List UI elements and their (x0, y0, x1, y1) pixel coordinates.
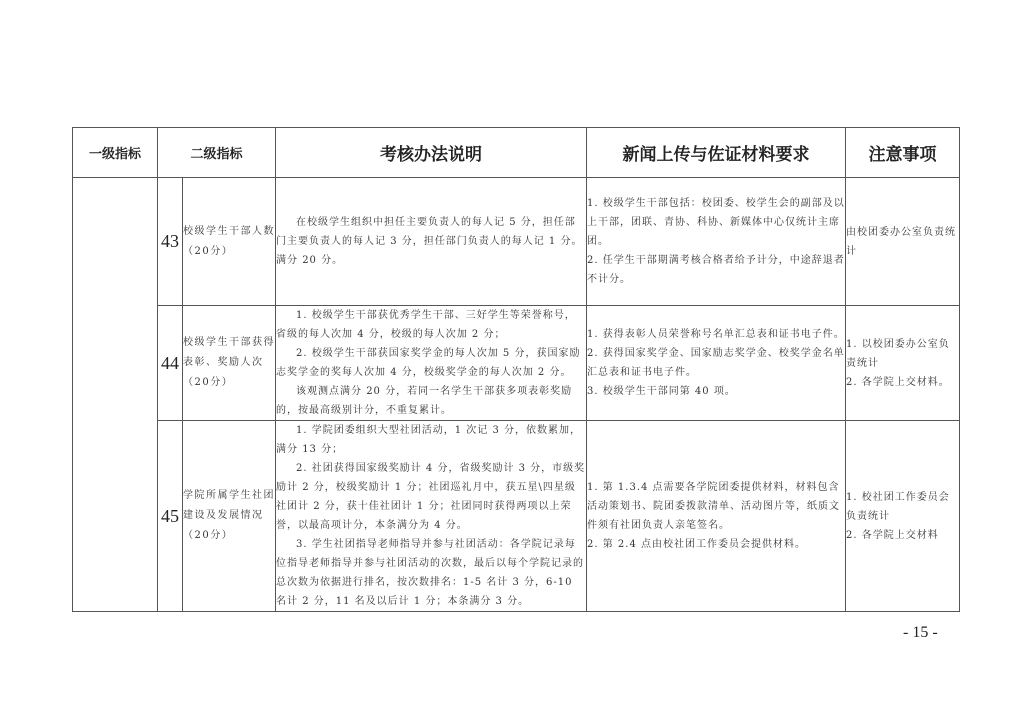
header-level1-indicator: 一级指标 (73, 128, 158, 178)
notes-item: 1. 校社团工作委员会负责统计 (846, 488, 959, 526)
materials-item: 2. 第 2.4 点由校社团工作委员会提供材料。 (587, 535, 845, 554)
method-paragraph: 1. 学院团委组织大型社团活动，1 次记 3 分，依数累加，满分 13 分； (276, 421, 586, 459)
method-paragraph: 在校级学生组织中担任主要负责人的每人记 5 分，担任部门主要负责人的每人记 3 … (276, 213, 586, 270)
method-paragraph: 2. 校级学生干部获国家奖学金的每人次加 5 分，获国家励志奖学金的奖每人次加 … (276, 344, 586, 382)
item-name: 学院所属学生社团建设及发展情况（20分） (183, 421, 276, 612)
materials-item: 2. 任学生干部期满考核合格者给予计分，中途辞退者不计分。 (587, 251, 845, 289)
evaluation-table: 一级指标 二级指标 考核办法说明 新闻上传与佐证材料要求 注意事项 43 校级学… (72, 127, 960, 612)
materials-item: 1. 第 1.3.4 点需要各学院团委提供材料，材料包含活动策划书、院团委拨款清… (587, 478, 845, 535)
assessment-method-cell: 1. 学院团委组织大型社团活动，1 次记 3 分，依数累加，满分 13 分； 2… (276, 421, 587, 612)
header-notes: 注意事项 (846, 128, 960, 178)
assessment-method-cell: 1. 校级学生干部获优秀学生干部、三好学生等荣誉称号，省级的每人次加 4 分，校… (276, 306, 587, 421)
materials-item: 3. 校级学生干部同第 40 项。 (587, 382, 845, 401)
notes-item: 由校团委办公室负责统计 (846, 223, 959, 261)
notes-item: 2. 各学院上交材料。 (846, 373, 959, 392)
level1-indicator-cell (73, 178, 158, 612)
item-name: 校级学生干部获得表彰、奖励人次（20分） (183, 306, 276, 421)
header-materials-requirements: 新闻上传与佐证材料要求 (587, 128, 846, 178)
assessment-method-cell: 在校级学生组织中担任主要负责人的每人记 5 分，担任部门主要负责人的每人记 3 … (276, 178, 587, 306)
materials-item: 1. 校级学生干部包括：校团委、校学生会的副部及以上干部，团联、青协、科协、新媒… (587, 194, 845, 251)
item-name: 校级学生干部人数（20分） (183, 178, 276, 306)
materials-cell: 1. 第 1.3.4 点需要各学院团委提供材料，材料包含活动策划书、院团委拨款清… (587, 421, 846, 612)
materials-item: 2. 获得国家奖学金、国家励志奖学金、校奖学金名单汇总表和证书电子件。 (587, 344, 845, 382)
method-paragraph: 该观测点满分 20 分，若同一名学生干部获多项表彰奖励的，按最高级别计分，不重复… (276, 382, 586, 420)
materials-item: 1. 获得表彰人员荣誉称号名单汇总表和证书电子件。 (587, 325, 845, 344)
method-paragraph: 2. 社团获得国家级奖励计 4 分，省级奖励计 3 分，市级奖励计 2 分，校级… (276, 459, 586, 535)
method-paragraph: 3. 学生社团指导老师指导并参与社团活动：各学院记录每位指导老师指导并参与社团活… (276, 535, 586, 611)
table-row: 44 校级学生干部获得表彰、奖励人次（20分） 1. 校级学生干部获优秀学生干部… (73, 306, 960, 421)
materials-cell: 1. 校级学生干部包括：校团委、校学生会的副部及以上干部，团联、青协、科协、新媒… (587, 178, 846, 306)
notes-item: 1. 以校团委办公室负责统计 (846, 335, 959, 373)
table-row: 43 校级学生干部人数（20分） 在校级学生组织中担任主要负责人的每人记 5 分… (73, 178, 960, 306)
item-number: 44 (158, 306, 183, 421)
item-number: 43 (158, 178, 183, 306)
document-page: 一级指标 二级指标 考核办法说明 新闻上传与佐证材料要求 注意事项 43 校级学… (0, 0, 1024, 723)
method-paragraph: 1. 校级学生干部获优秀学生干部、三好学生等荣誉称号，省级的每人次加 4 分，校… (276, 306, 586, 344)
table-header-row: 一级指标 二级指标 考核办法说明 新闻上传与佐证材料要求 注意事项 (73, 128, 960, 178)
notes-cell: 由校团委办公室负责统计 (846, 178, 960, 306)
notes-cell: 1. 校社团工作委员会负责统计 2. 各学院上交材料 (846, 421, 960, 612)
page-number: - 15 - (903, 624, 938, 642)
header-assessment-method: 考核办法说明 (276, 128, 587, 178)
item-number: 45 (158, 421, 183, 612)
table-row: 45 学院所属学生社团建设及发展情况（20分） 1. 学院团委组织大型社团活动，… (73, 421, 960, 612)
notes-cell: 1. 以校团委办公室负责统计 2. 各学院上交材料。 (846, 306, 960, 421)
notes-item: 2. 各学院上交材料 (846, 526, 959, 545)
header-level2-indicator: 二级指标 (158, 128, 276, 178)
materials-cell: 1. 获得表彰人员荣誉称号名单汇总表和证书电子件。 2. 获得国家奖学金、国家励… (587, 306, 846, 421)
